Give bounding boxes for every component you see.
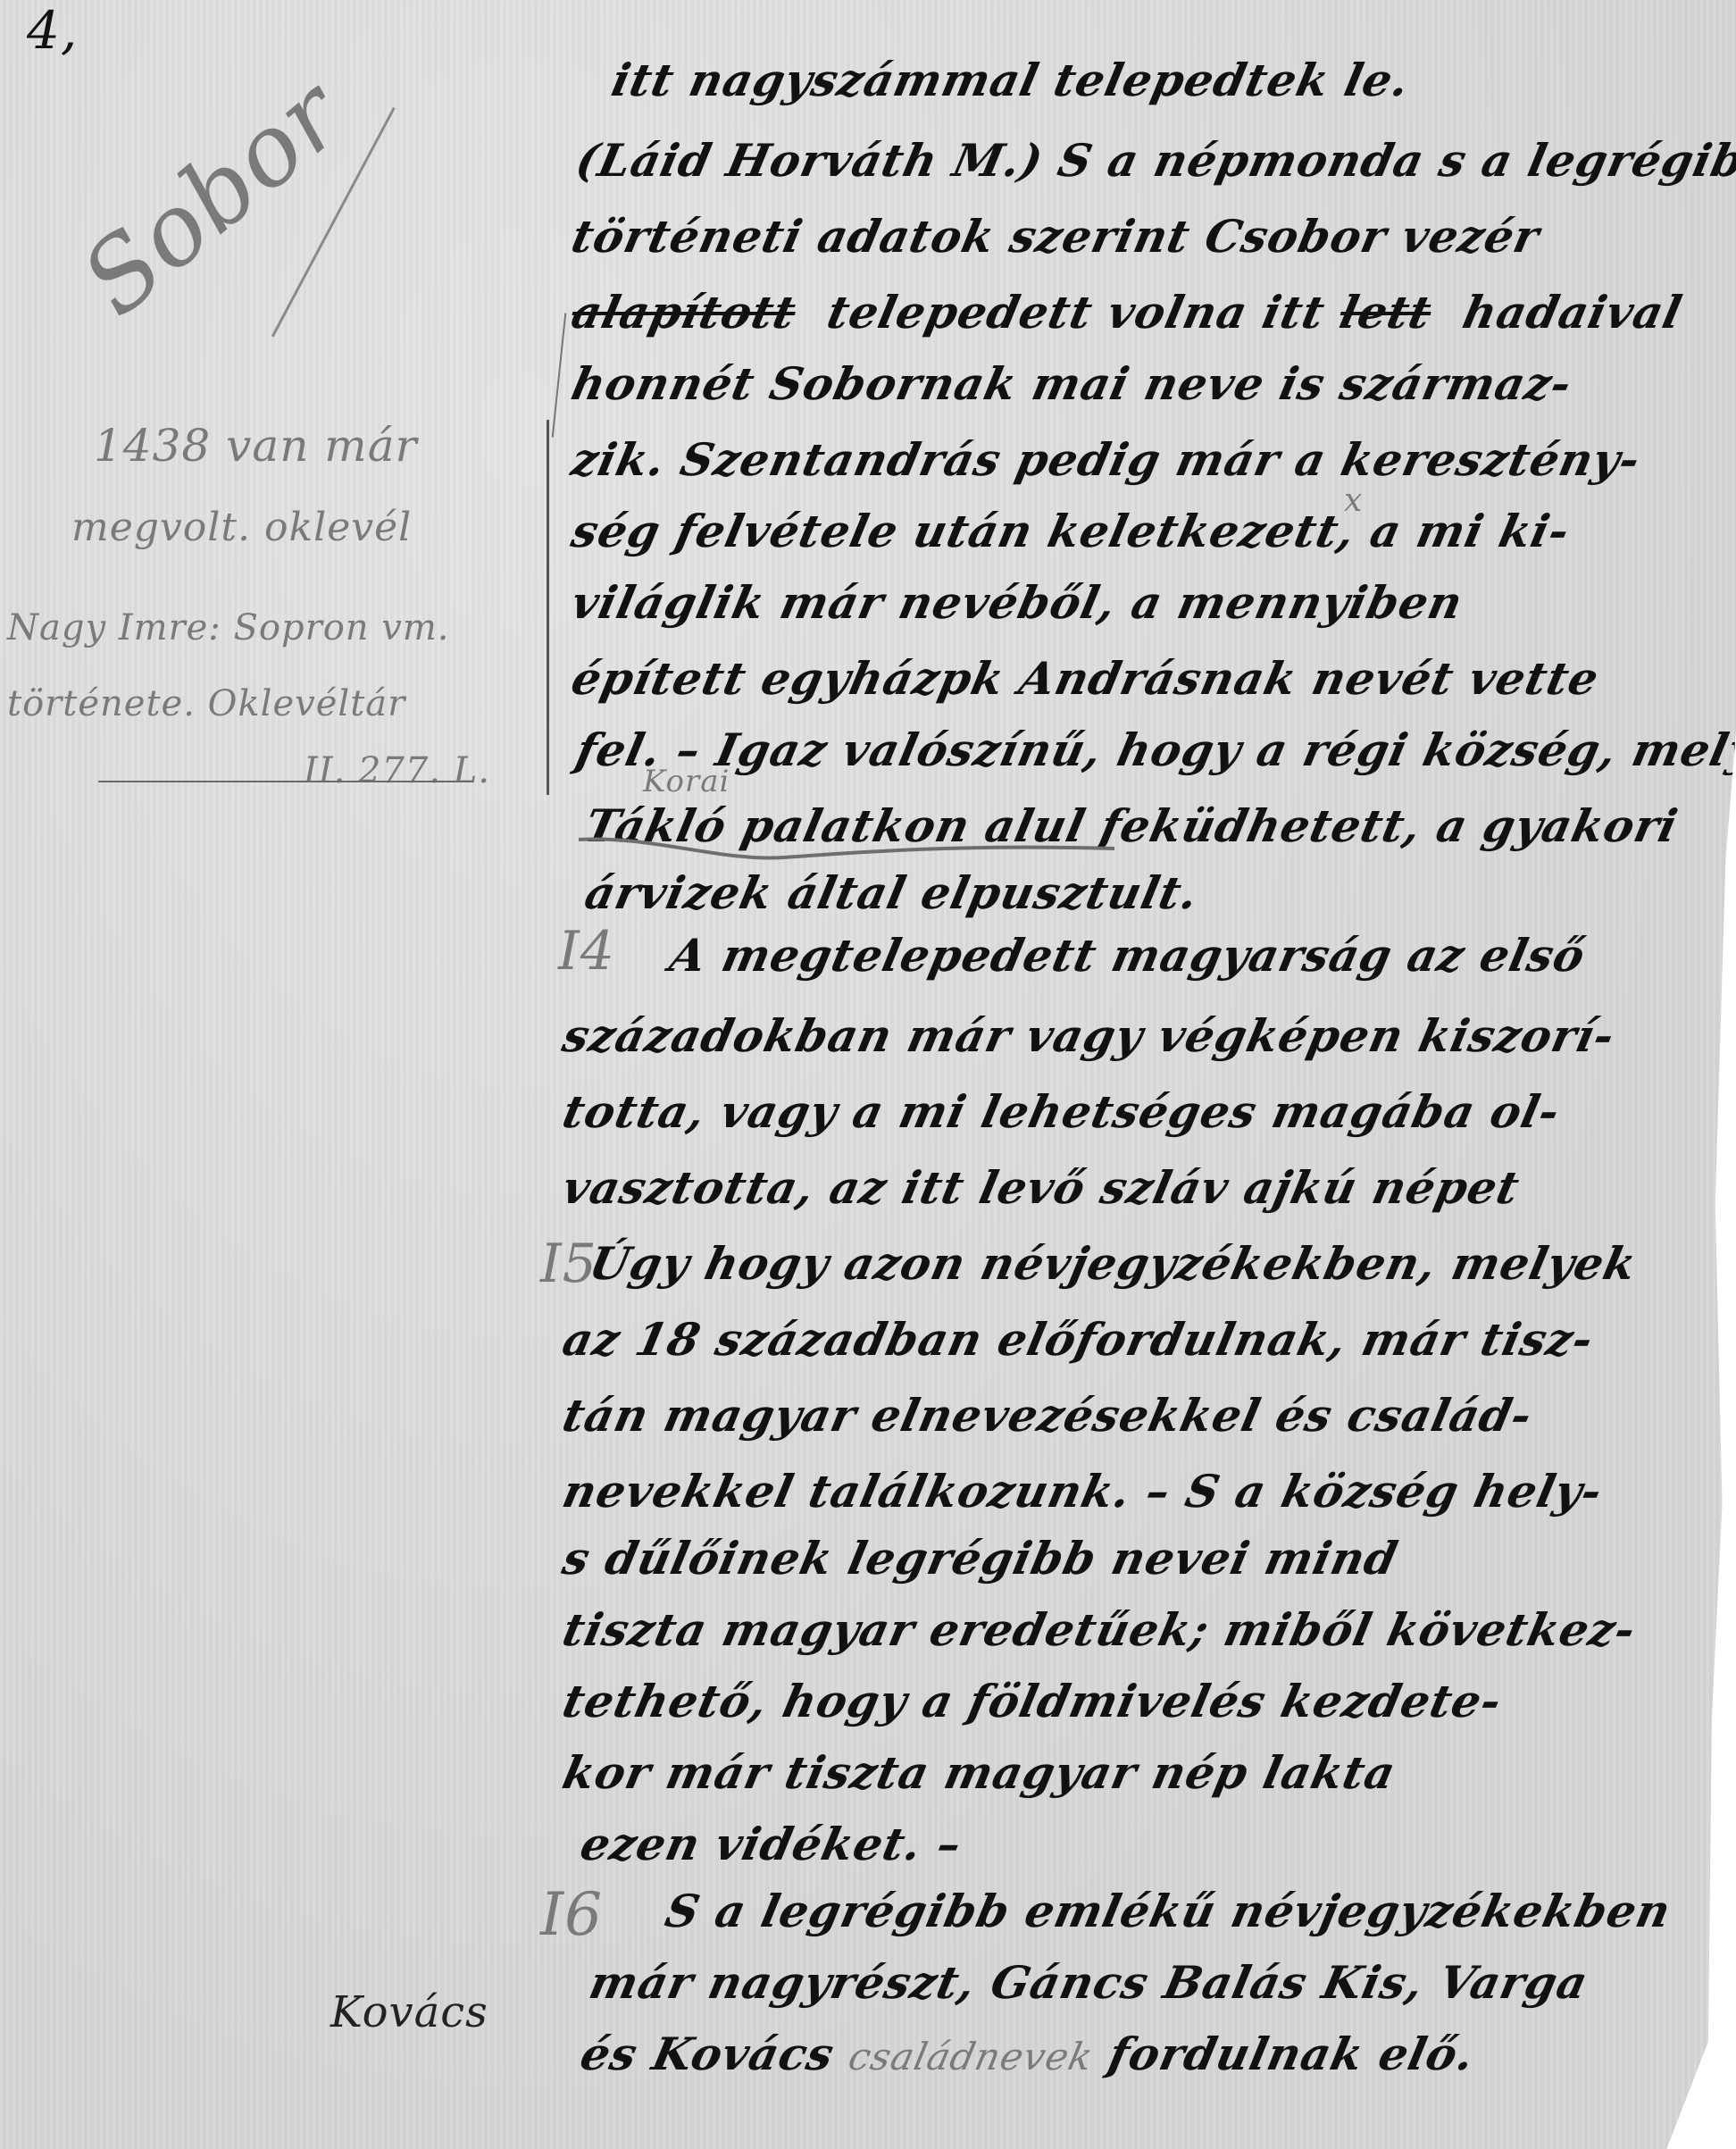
body-line-14: századokban már vagy végképen kiszorí- [558,1009,1620,1062]
body-line-26: S a legrégibb emlékű névjegyzékekben [661,1885,1676,1937]
body-line-4-end: hadaival [1442,286,1688,339]
body-line-12: árvizek által elpusztult. [580,866,1203,919]
body-line-5: honnét Sobornak mai neve is származ- [567,357,1577,410]
margin-note-line-3: Nagy Imre: Sopron vm. [7,607,450,648]
margin-word-kovacs: Kovács [330,1987,488,2037]
inline-pencil-korai: Korai [643,764,730,799]
body-line-15: totta, vagy a mi lehetséges magába ol- [558,1085,1565,1138]
body-line-25: ezen vidéket. – [576,1818,967,1870]
margin-note-line-4: története. Oklevéltár [7,683,405,724]
section-mark-i6: I6 [540,1880,603,1949]
inline-pencil-csaladnevek: családnevek [845,2035,1098,2078]
body-line-7: ség felvétele után keletkezett, a mi ki- [567,505,1574,557]
body-line-2: (Láid Horváth M.) S a népmonda s a legré… [572,134,1736,187]
margin-note-line-1: 1438 van már [94,420,417,472]
body-line-13: A megtelepedett magyarság az első [665,929,1590,982]
body-line-9: épített egyházpk Andrásnak nevét vette [567,652,1604,705]
struck-word-lett: lett [1335,286,1437,339]
section-mark-i4: I4 [558,920,615,983]
body-line-28: és Kovács családnevek fordulnak elő. [576,2028,1480,2080]
margin-note-line-5: II. 277. L. [304,750,490,791]
page-number: 4, [27,0,78,61]
body-line-16: vasztotta, az itt levő szláv ajkú népet [558,1161,1524,1214]
margin-signature: Sobor [61,57,364,338]
body-line-17: Úgy hogy azon névjegyzékekben, melyek [585,1237,1641,1290]
body-line-4: alapított telepedett volna itt lett hada… [567,286,1687,339]
body-line-27: már nagyrészt, Gáncs Balás Kis, Varga [585,1956,1593,2009]
pencil-wavy-underline [579,835,1123,871]
body-line-28-end: fordulnak elő. [1104,2028,1479,2080]
body-line-24: kor már tiszta magyar nép lakta [558,1746,1400,1799]
body-line-28-start: és Kovács [576,2028,855,2080]
body-line-19: tán magyar elnevezésekkel és család- [558,1389,1537,1442]
body-line-21: s dűlőinek legrégibb nevei mind [558,1532,1403,1585]
margin-note-line-2: megvolt. oklevél [71,505,412,550]
body-line-22: tiszta magyar eredetűek; miből következ- [558,1603,1640,1656]
body-line-18: az 18 században előfordulnak, már tisz- [558,1313,1598,1366]
body-line-20: nevekkel találkozunk. – S a község hely- [558,1465,1607,1518]
body-line-1: itt nagyszámmal telepedtek le. [607,54,1415,106]
manuscript-page: 4, Sobor 1438 van már megvolt. oklevél N… [0,0,1736,2149]
body-line-8: világlik már nevéből, a mennyiben [567,576,1468,629]
struck-word-alapitott: alapított [567,286,801,339]
x-mark: x [1344,482,1363,519]
body-line-4-rest: telepedett volna itt [806,286,1347,339]
margin-vertical-rule [547,420,549,795]
body-line-6: zik. Szentandrás pedig már a keresztény- [567,433,1645,486]
body-line-23: tethető, hogy a földmivelés kezdete- [558,1675,1506,1727]
body-line-10: fel. – Igaz valószínű, hogy a régi közsé… [572,723,1736,776]
margin-vertical-rule-upper [552,313,567,437]
body-line-3: történeti adatok szerint Csobor vezér [567,210,1544,263]
pencil-underline [98,781,473,782]
